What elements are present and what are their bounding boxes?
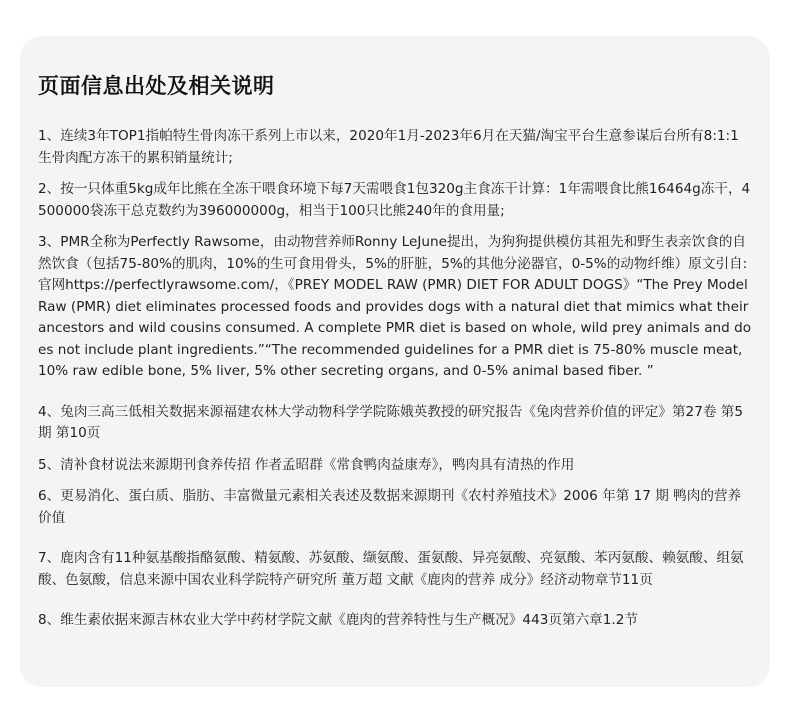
note-2-feeding-calculation: 2、按一只体重5kg成年比熊在全冻干喂食环境下每7天需喂食1包320g主食冻干计… (38, 179, 752, 222)
note-6-nutrition-source: 6、更易消化、蛋白质、脂肪、丰富微量元素相关表述及数据来源期刊《农村养殖技术》2… (38, 486, 752, 529)
note-5-duck-meat-source: 5、清补食材说法来源期刊食养传招 作者孟昭群《常食鸭肉益康寿》，鸭肉具有清热的作… (38, 455, 752, 477)
note-4-rabbit-meat-source: 4、兔肉三高三低相关数据来源福建农林大学动物科学学院陈娥英教授的研究报告《兔肉营… (38, 402, 752, 445)
page-title: 页面信息出处及相关说明 (38, 72, 752, 100)
note-1-sales-statistics: 1、连续3年TOP1指帕特生骨肉冻干系列上市以来，2020年1月-2023年6月… (38, 126, 752, 169)
source-notes-card: 页面信息出处及相关说明 1、连续3年TOP1指帕特生骨肉冻干系列上市以来，202… (20, 36, 770, 687)
note-3-pmr-definition: 3、PMR全称为Perfectly Rawsome，由动物营养师Ronny Le… (38, 232, 752, 383)
note-8-vitamin-source: 8、维生素依据来源吉林农业大学中药材学院文献《鹿肉的营养特性与生产概况》443页… (38, 610, 752, 632)
note-7-venison-amino-acids: 7、鹿肉含有11种氨基酸指酪氨酸、精氨酸、苏氨酸、缬氨酸、蛋氨酸、异亮氨酸、亮氨… (38, 548, 752, 591)
